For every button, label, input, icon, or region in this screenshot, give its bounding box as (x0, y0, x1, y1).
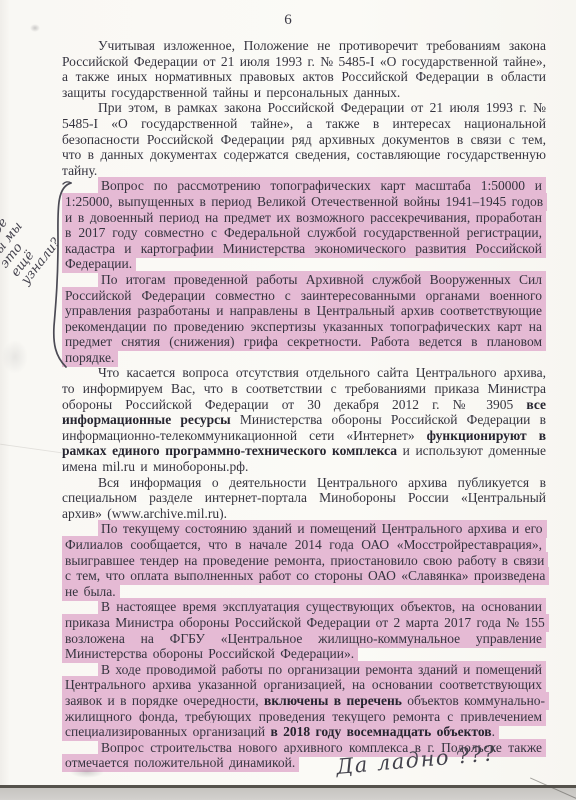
pencil-smudge (2, 340, 28, 374)
text-run: В настоящее время эксплуатация существую… (65, 599, 545, 661)
text-run: . (492, 724, 495, 739)
paragraph-text: При этом, в рамках закона Российской Фед… (62, 100, 546, 177)
paragraph-text: Учитывая изложенное, Положение не против… (62, 38, 546, 100)
paragraph-6: Вся информация о деятельности Центрально… (62, 475, 546, 522)
paragraph-2: При этом, в рамках закона Российской Фед… (62, 100, 546, 178)
highlighted-text: По текущему состоянию зданий и помещений… (62, 520, 549, 600)
text-run: По итогам проведенной работы Архивной сл… (65, 272, 542, 365)
paragraph-text: Что касается вопроса отсутствия отдельно… (62, 365, 546, 474)
text-run: Вся информация о деятельности Центрально… (62, 475, 546, 521)
document-body: Учитывая изложенное, Положение не против… (62, 38, 546, 771)
text-run: По текущему состоянию зданий и помещений… (65, 521, 545, 598)
bold-text-run: включены в перечень (264, 693, 402, 708)
highlighted-text: Вопрос по рассмотрению топографических к… (62, 177, 547, 273)
bold-text-run: в 2018 году восемнадцать объектов (270, 724, 491, 739)
text-run: При этом, в рамках закона Российской Фед… (62, 100, 546, 177)
paragraph-9: В ходе проводимой работы по организации … (62, 662, 546, 740)
highlighted-text: В настоящее время эксплуатация существую… (62, 598, 549, 663)
pencil-smudge (70, 766, 104, 778)
page-number: 6 (0, 12, 576, 29)
paragraph-5: Что касается вопроса отсутствия отдельно… (62, 365, 546, 474)
text-run: Что касается вопроса отсутствия отдельно… (62, 365, 546, 411)
paragraph-text: Вся информация о деятельности Центрально… (62, 475, 546, 521)
paragraph-3: Вопрос по рассмотрению топографических к… (62, 178, 546, 272)
paragraph-1: Учитывая изложенное, Положение не против… (62, 38, 546, 100)
highlighted-text: В ходе проводимой работы по организации … (62, 661, 549, 741)
text-run: Вопрос по рассмотрению топографических к… (65, 178, 543, 271)
highlighted-text: По итогам проведенной работы Архивной сл… (62, 271, 546, 367)
pencil-smudge (30, 24, 40, 32)
paragraph-8: В настоящее время эксплуатация существую… (62, 599, 546, 661)
paper-crease (0, 444, 62, 454)
paper-sheet: 6 Учитывая изложенное, Положение не прот… (0, 0, 576, 785)
text-run: Учитывая изложенное, Положение не против… (62, 38, 546, 100)
handwritten-brace-annotation (45, 180, 73, 370)
scanned-letter-page: { "page": { "number": "6" }, "document":… (0, 0, 576, 800)
scanner-background (0, 788, 576, 800)
paragraph-4: По итогам проведенной работы Архивной сл… (62, 272, 546, 366)
paragraph-7: По текущему состоянию зданий и помещений… (62, 521, 546, 599)
